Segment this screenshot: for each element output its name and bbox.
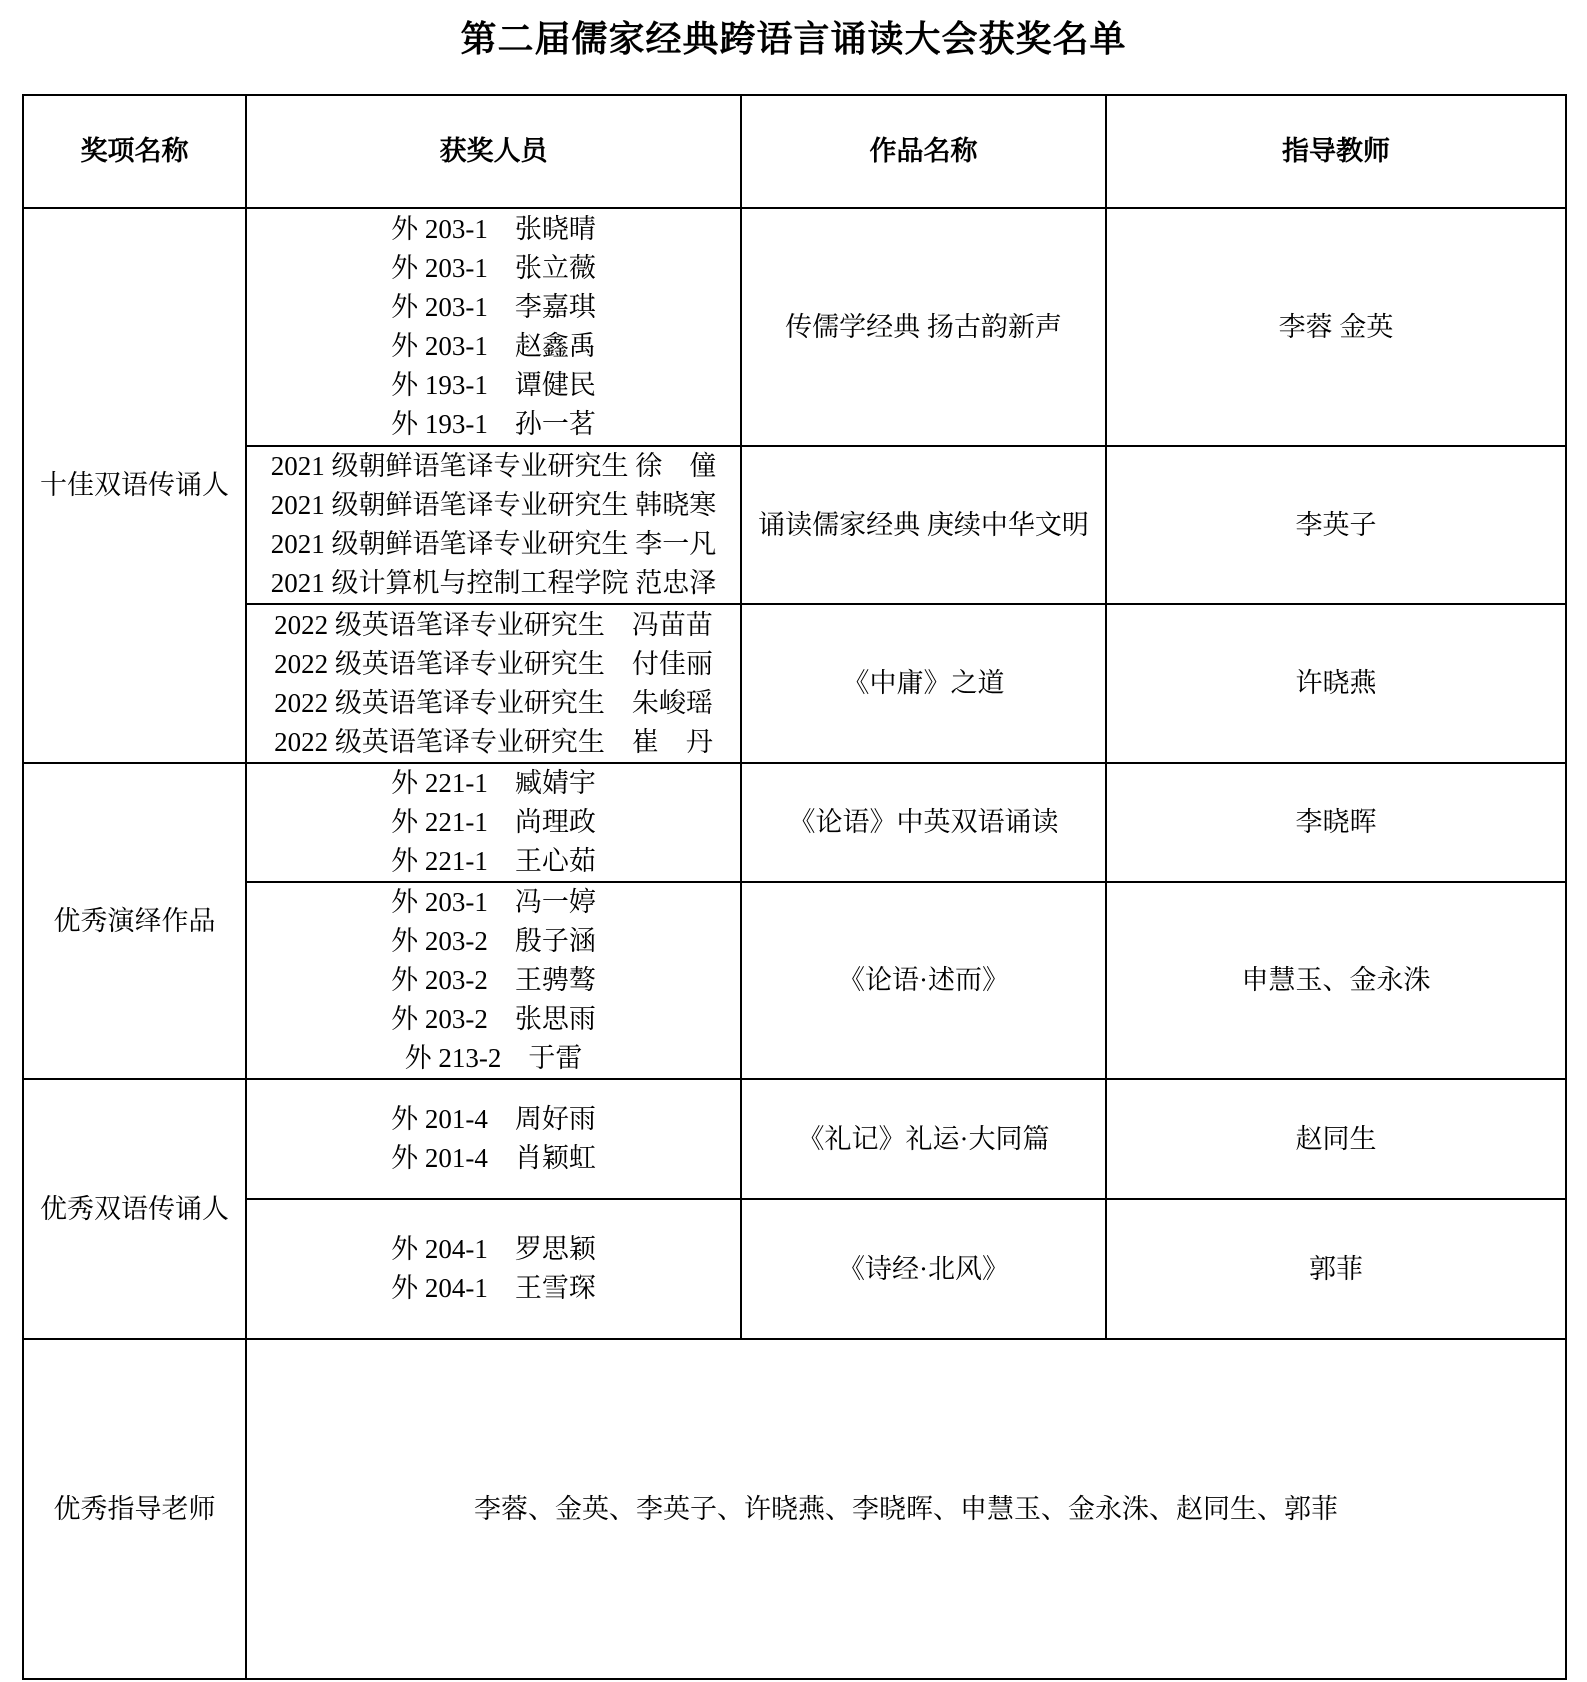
- work-title-cell: 《诗经·北风》: [741, 1199, 1106, 1339]
- awards-table: 奖项名称 获奖人员 作品名称 指导教师 十佳双语传诵人 外 203-1 张晓晴 …: [22, 94, 1567, 1680]
- winner-line: 外 221-1 尚理政: [253, 803, 734, 842]
- winners-cell: 外 203-1 张晓晴 外 203-1 张立薇 外 203-1 李嘉琪 外 20…: [246, 208, 741, 446]
- winner-line: 2021 级计算机与控制工程学院 范忠泽: [253, 564, 734, 603]
- work-title-cell: 《中庸》之道: [741, 604, 1106, 763]
- winner-line: 外 204-1 罗思颖: [253, 1230, 734, 1269]
- winner-line: 2022 级英语笔译专业研究生 朱峻瑶: [253, 684, 734, 723]
- winner-line: 2022 级英语笔译专业研究生 付佳丽: [253, 645, 734, 684]
- winner-line: 外 201-4 肖颖虹: [253, 1139, 734, 1178]
- teacher-cell: 赵同生: [1106, 1079, 1566, 1199]
- winner-line: 2021 级朝鲜语笔译专业研究生 徐 僮: [253, 447, 734, 486]
- teacher-cell: 李英子: [1106, 446, 1566, 604]
- winner-line: 外 221-1 王心茹: [253, 842, 734, 881]
- award-name-cell: 优秀双语传诵人: [23, 1079, 246, 1339]
- column-header-teacher: 指导教师: [1106, 95, 1566, 208]
- winners-cell: 外 201-4 周好雨 外 201-4 肖颖虹: [246, 1079, 741, 1199]
- teacher-cell: 许晓燕: [1106, 604, 1566, 763]
- table-row: 外 203-1 冯一婷 外 203-2 殷子涵 外 203-2 王骋骜 外 20…: [23, 882, 1566, 1079]
- column-header-winners: 获奖人员: [246, 95, 741, 208]
- winner-line: 2021 级朝鲜语笔译专业研究生 李一凡: [253, 525, 734, 564]
- award-name-cell: 优秀演绎作品: [23, 763, 246, 1079]
- table-row: 2021 级朝鲜语笔译专业研究生 徐 僮 2021 级朝鲜语笔译专业研究生 韩晓…: [23, 446, 1566, 604]
- teacher-cell: 李晓晖: [1106, 763, 1566, 882]
- winner-line: 外 203-1 张晓晴: [253, 210, 734, 249]
- teacher-cell: 郭菲: [1106, 1199, 1566, 1339]
- page-title: 第二届儒家经典跨语言诵读大会获奖名单: [22, 12, 1565, 66]
- winners-cell: 2022 级英语笔译专业研究生 冯苗苗 2022 级英语笔译专业研究生 付佳丽 …: [246, 604, 741, 763]
- work-title-cell: 《论语》中英双语诵读: [741, 763, 1106, 882]
- winner-line: 外 203-1 李嘉琪: [253, 288, 734, 327]
- table-row: 优秀双语传诵人 外 201-4 周好雨 外 201-4 肖颖虹 《礼记》礼运·大…: [23, 1079, 1566, 1199]
- winner-line: 外 221-1 臧婧宇: [253, 764, 734, 803]
- table-row: 外 204-1 罗思颖 外 204-1 王雪琛 《诗经·北风》 郭菲: [23, 1199, 1566, 1339]
- winner-line: 2021 级朝鲜语笔译专业研究生 韩晓寒: [253, 486, 734, 525]
- winners-cell: 外 203-1 冯一婷 外 203-2 殷子涵 外 203-2 王骋骜 外 20…: [246, 882, 741, 1079]
- award-name-cell: 十佳双语传诵人: [23, 208, 246, 763]
- column-header-award: 奖项名称: [23, 95, 246, 208]
- table-row: 优秀指导老师 李蓉、金英、李英子、许晓燕、李晓晖、申慧玉、金永洙、赵同生、郭菲: [23, 1339, 1566, 1679]
- teachers-list-cell: 李蓉、金英、李英子、许晓燕、李晓晖、申慧玉、金永洙、赵同生、郭菲: [246, 1339, 1566, 1679]
- winner-line: 外 203-1 张立薇: [253, 249, 734, 288]
- work-title-cell: 《礼记》礼运·大同篇: [741, 1079, 1106, 1199]
- teacher-cell: 申慧玉、金永洙: [1106, 882, 1566, 1079]
- winner-line: 外 203-2 张思雨: [253, 1000, 734, 1039]
- document-page: 第二届儒家经典跨语言诵读大会获奖名单 奖项名称 获奖人员 作品名称 指导教师 十…: [0, 0, 1587, 1682]
- winner-line: 外 193-1 孙一茗: [253, 405, 734, 444]
- winner-line: 外 203-1 冯一婷: [253, 883, 734, 922]
- winner-line: 外 203-1 赵鑫禹: [253, 327, 734, 366]
- winner-line: 外 203-2 王骋骜: [253, 961, 734, 1000]
- work-title-cell: 诵读儒家经典 庚续中华文明: [741, 446, 1106, 604]
- work-title-cell: 传儒学经典 扬古韵新声: [741, 208, 1106, 446]
- winners-cell: 2021 级朝鲜语笔译专业研究生 徐 僮 2021 级朝鲜语笔译专业研究生 韩晓…: [246, 446, 741, 604]
- award-name-cell: 优秀指导老师: [23, 1339, 246, 1679]
- winner-line: 2022 级英语笔译专业研究生 崔 丹: [253, 723, 734, 762]
- column-header-work: 作品名称: [741, 95, 1106, 208]
- winner-line: 外 201-4 周好雨: [253, 1100, 734, 1139]
- winner-line: 外 193-1 谭健民: [253, 366, 734, 405]
- winner-line: 外 213-2 于雷: [253, 1039, 734, 1078]
- work-title-cell: 《论语·述而》: [741, 882, 1106, 1079]
- winners-cell: 外 204-1 罗思颖 外 204-1 王雪琛: [246, 1199, 741, 1339]
- table-row: 优秀演绎作品 外 221-1 臧婧宇 外 221-1 尚理政 外 221-1 王…: [23, 763, 1566, 882]
- winner-line: 外 204-1 王雪琛: [253, 1269, 734, 1308]
- table-row: 十佳双语传诵人 外 203-1 张晓晴 外 203-1 张立薇 外 203-1 …: [23, 208, 1566, 446]
- winner-line: 外 203-2 殷子涵: [253, 922, 734, 961]
- header-row: 奖项名称 获奖人员 作品名称 指导教师: [23, 95, 1566, 208]
- winner-line: 2022 级英语笔译专业研究生 冯苗苗: [253, 606, 734, 645]
- table-row: 2022 级英语笔译专业研究生 冯苗苗 2022 级英语笔译专业研究生 付佳丽 …: [23, 604, 1566, 763]
- teacher-cell: 李蓉 金英: [1106, 208, 1566, 446]
- winners-cell: 外 221-1 臧婧宇 外 221-1 尚理政 外 221-1 王心茹: [246, 763, 741, 882]
